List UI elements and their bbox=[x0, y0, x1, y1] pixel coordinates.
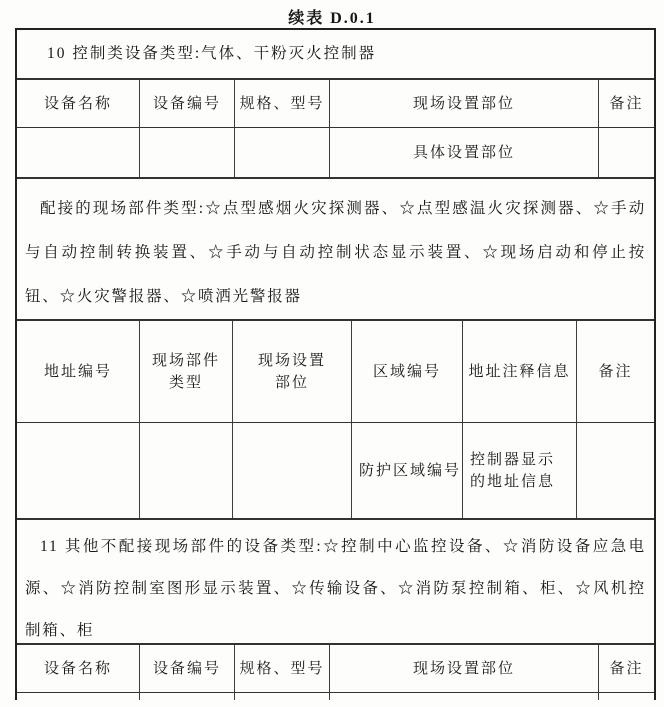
controller-address-label: 控制器显示 的地址信息 bbox=[463, 423, 577, 518]
header-cell-device-number: 设备编号 bbox=[140, 645, 235, 692]
header-cell-spec-model: 规格、型号 bbox=[235, 80, 330, 127]
section11-device-header-row: 设备名称 设备编号 规格、型号 现场设置部位 备注 bbox=[17, 645, 654, 693]
header-cell-address-number: 地址编号 bbox=[17, 321, 140, 422]
header-cell-device-number: 设备编号 bbox=[140, 80, 235, 127]
header-cell-field-part-type: 现场部件 类型 bbox=[140, 321, 233, 422]
header-cell-field-location: 现场设置 部位 bbox=[233, 321, 352, 422]
empty-cell bbox=[599, 693, 654, 700]
section10-device-header-row: 设备名称 设备编号 规格、型号 现场设置部位 备注 bbox=[17, 80, 654, 128]
header-cell-remarks: 备注 bbox=[599, 80, 654, 127]
section11-heading-row: 11 其他不配接现场部件的设备类型:☆控制中心监控设备、☆消防设备应急电源、☆消… bbox=[17, 520, 654, 645]
header-cell-address-annotation: 地址注释信息 bbox=[463, 321, 577, 422]
header-cell-site-location: 现场设置部位 bbox=[330, 645, 599, 692]
header-cell-device-name: 设备名称 bbox=[17, 80, 140, 127]
section10-heading-row: 10 控制类设备类型:气体、干粉灭火控制器 bbox=[17, 30, 654, 80]
header-cell-remarks: 备注 bbox=[577, 321, 654, 422]
empty-cell bbox=[235, 693, 330, 700]
protection-zone-row: 防护区域编号 控制器显示 的地址信息 bbox=[17, 423, 654, 520]
section10-heading: 10 控制类设备类型:气体、干粉灭火控制器 bbox=[17, 30, 654, 78]
address-header-row: 地址编号 现场部件 类型 现场设置 部位 区域编号 地址注释信息 备注 bbox=[17, 321, 654, 423]
empty-cell bbox=[235, 128, 330, 177]
empty-cell bbox=[233, 423, 352, 518]
empty-cell bbox=[140, 423, 233, 518]
header-cell-remarks: 备注 bbox=[599, 645, 654, 692]
empty-cell bbox=[140, 128, 235, 177]
section10-parts-note: 配接的现场部件类型:☆点型感烟火灾探测器、☆点型感温火灾探测器、☆手动与自动控制… bbox=[17, 179, 654, 319]
header-cell-zone-number: 区域编号 bbox=[352, 321, 463, 422]
partial-bottom-row bbox=[17, 693, 654, 700]
header-cell-spec-model: 规格、型号 bbox=[235, 645, 330, 692]
empty-cell bbox=[17, 128, 140, 177]
empty-cell bbox=[330, 693, 599, 700]
empty-cell bbox=[599, 128, 654, 177]
header-cell-device-name: 设备名称 bbox=[17, 645, 140, 692]
empty-cell bbox=[17, 423, 140, 518]
protection-zone-label: 防护区域编号 bbox=[352, 423, 463, 518]
empty-cell bbox=[140, 693, 235, 700]
section11-heading: 11 其他不配接现场部件的设备类型:☆控制中心监控设备、☆消防设备应急电源、☆消… bbox=[17, 520, 654, 643]
empty-cell bbox=[577, 423, 654, 518]
header-cell-site-location: 现场设置部位 bbox=[330, 80, 599, 127]
empty-cell bbox=[17, 693, 140, 700]
table-title: 续表 D.0.1 bbox=[0, 0, 664, 28]
specific-location-label: 具体设置部位 bbox=[330, 128, 599, 177]
continuation-table: 10 控制类设备类型:气体、干粉灭火控制器 设备名称 设备编号 规格、型号 现场… bbox=[15, 28, 656, 700]
section10-parts-note-row: 配接的现场部件类型:☆点型感烟火灾探测器、☆点型感温火灾探测器、☆手动与自动控制… bbox=[17, 179, 654, 321]
section10-sublocation-row: 具体设置部位 bbox=[17, 128, 654, 179]
document-page: 续表 D.0.1 10 控制类设备类型:气体、干粉灭火控制器 设备名称 设备编号… bbox=[0, 0, 664, 700]
